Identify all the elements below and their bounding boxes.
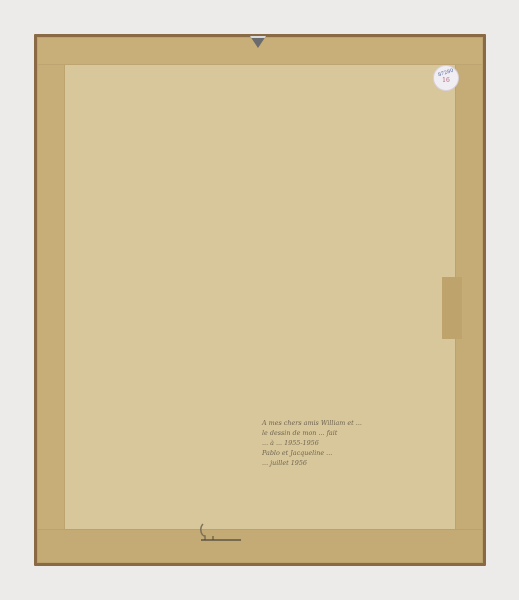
inscription-line: A mes chers amis William et ... — [262, 418, 462, 428]
inventory-sticker: 87280 16 — [433, 65, 459, 91]
tape-patch — [442, 277, 462, 339]
picture-frame — [34, 34, 486, 566]
metal-clip-icon — [197, 522, 243, 542]
inscription-line: Pablo et Jacqueline ... — [262, 448, 462, 458]
frame-backing — [37, 37, 483, 563]
inscription-line: ... à ... 1955-1956 — [262, 438, 462, 448]
inscription-line: ... juillet 1956 — [262, 458, 462, 468]
tape-bottom — [37, 529, 483, 563]
tape-left — [37, 37, 65, 563]
inscription-line: le dessin de mon ... fait — [262, 428, 462, 438]
handwritten-inscription: A mes chers amis William et ... le dessi… — [262, 418, 462, 468]
